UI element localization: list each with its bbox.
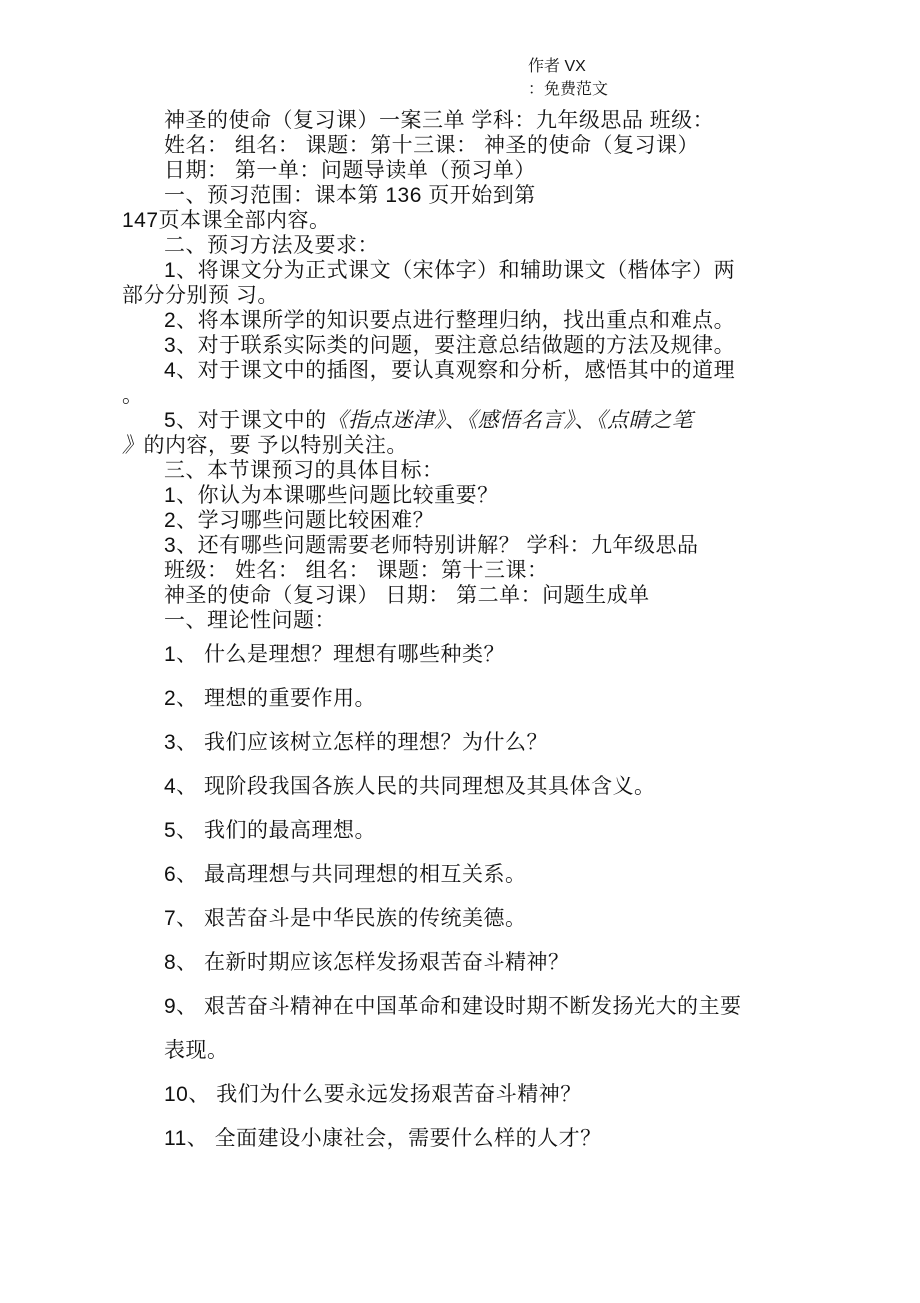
text-line: 2、 理想的重要作用。	[122, 677, 822, 721]
text-segment: 8、 在新时期应该怎样发扬艰苦奋斗精神？	[164, 951, 570, 974]
text-line: 10、 我们为什么要永远发扬艰苦奋斗精神？	[122, 1073, 822, 1117]
text-segment: 班级： 姓名： 组名： 课题：第十三课：	[164, 559, 549, 582]
text-line: 姓名： 组名： 课题：第十三课： 神圣的使命（复习课）	[122, 133, 822, 158]
text-line: 1、你认为本课哪些问题比较重要？	[122, 483, 822, 508]
text-line: 4、 现阶段我国各族人民的共同理想及其具体含义。	[122, 765, 822, 809]
text-segment: 4、 现阶段我国各族人民的共同理想及其具体含义。	[164, 775, 656, 798]
text-line: 147页本课全部内容。	[122, 208, 822, 233]
text-line: 一、理论性问题：	[122, 608, 822, 633]
text-segment: 3、 我们应该树立怎样的理想？为什么？	[164, 731, 548, 754]
text-segment: 9、 艰苦奋斗精神在中国革命和建设时期不断发扬光大的主要	[164, 995, 742, 1018]
text-segment: 11、 全面建设小康社会，需要什么样的人才？	[164, 1127, 602, 1150]
text-line: 4、对于课文中的插图，要认真观察和分析，感悟其中的道理	[122, 358, 822, 383]
text-segment: 二、预习方法及要求：	[164, 234, 379, 257]
text-line: 8、 在新时期应该怎样发扬艰苦奋斗精神？	[122, 941, 822, 985]
text-line: 日期： 第一单：问题导读单（预习单）	[122, 158, 822, 183]
text-segment: 部分分别预 习。	[122, 284, 279, 307]
text-segment: 4、对于课文中的插图，要认真观察和分析，感悟其中的道理	[164, 359, 735, 382]
watermark-source-line: ：免费范文	[528, 78, 920, 101]
question-list-section: 1、 什么是理想？理想有哪些种类？2、 理想的重要作用。3、 我们应该树立怎样的…	[122, 633, 822, 1161]
book-title-segment: 《点睛之笔	[596, 409, 693, 432]
text-segment: 2、将本课所学的知识要点进行整理归纳，找出重点和难点。	[164, 309, 735, 332]
text-segment: 7、 艰苦奋斗是中华民族的传统美德。	[164, 907, 527, 930]
text-segment: 10、 我们为什么要永远发扬艰苦奋斗精神？	[164, 1083, 582, 1106]
text-line: 3、对于联系实际类的问题，要注意总结做题的方法及规律。	[122, 333, 822, 358]
text-line: 1、 什么是理想？理想有哪些种类？	[122, 633, 822, 677]
text-line: 一、预习范围：课本第 136 页开始到第	[122, 183, 822, 208]
text-line: 11、 全面建设小康社会，需要什么样的人才？	[122, 1117, 822, 1161]
book-title-segment: 《感悟名言》	[467, 409, 575, 432]
text-segment: 的内容，要 予以特别关注。	[144, 434, 408, 457]
text-line: 5、对于课文中的《指点迷津》、《感悟名言》、《点睛之笔	[122, 408, 822, 433]
watermark-block: 作者 VX ：免费范文	[0, 55, 920, 101]
text-segment: 1、 什么是理想？理想有哪些种类？	[164, 643, 505, 666]
text-segment: 、	[445, 409, 467, 432]
document-page: 作者 VX ：免费范文 神圣的使命（复习课）一案三单 学科：九年级思品 班级：姓…	[0, 0, 920, 1303]
text-segment: 三、本节课预习的具体目标：	[164, 459, 444, 482]
text-line: 1、将课文分为正式课文（宋体字）和辅助课文（楷体字）两	[122, 258, 822, 283]
text-segment: 2、学习哪些问题比较困难？	[164, 509, 434, 532]
text-line: 神圣的使命（复习课）一案三单 学科：九年级思品 班级：	[122, 108, 822, 133]
text-line: 5、 我们的最高理想。	[122, 809, 822, 853]
text-line: 3、 我们应该树立怎样的理想？为什么？	[122, 721, 822, 765]
text-segment: 6、 最高理想与共同理想的相互关系。	[164, 863, 527, 886]
preview-sheet-section: 神圣的使命（复习课）一案三单 学科：九年级思品 班级：姓名： 组名： 课题：第十…	[122, 108, 822, 633]
book-title-segment: 《指点迷津》	[327, 409, 446, 432]
text-segment: 表现。	[164, 1039, 229, 1062]
text-segment: 日期： 第一单：问题导读单（预习单）	[164, 159, 536, 182]
text-line: 2、将本课所学的知识要点进行整理归纳，找出重点和难点。	[122, 308, 822, 333]
text-segment: 3、还有哪些问题需要老师特别讲解？ 学科：九年级思品	[164, 534, 699, 557]
text-line: 3、还有哪些问题需要老师特别讲解？ 学科：九年级思品	[122, 533, 822, 558]
text-line: 7、 艰苦奋斗是中华民族的传统美德。	[122, 897, 822, 941]
text-line: 神圣的使命（复习课） 日期： 第二单：问题生成单	[122, 583, 822, 608]
text-segment: 147页本课全部内容。	[122, 209, 331, 232]
text-segment: 一、理论性问题：	[164, 609, 336, 632]
text-line: 》的内容，要 予以特别关注。	[122, 433, 822, 458]
text-segment: 1、你认为本课哪些问题比较重要？	[164, 484, 499, 507]
document-body: 神圣的使命（复习课）一案三单 学科：九年级思品 班级：姓名： 组名： 课题：第十…	[122, 108, 822, 1161]
text-line: 部分分别预 习。	[122, 283, 822, 308]
text-segment: 2、 理想的重要作用。	[164, 687, 376, 710]
text-segment: 神圣的使命（复习课）一案三单 学科：九年级思品 班级：	[164, 109, 714, 132]
book-title-segment: 》	[122, 434, 144, 457]
text-segment: 姓名： 组名： 课题：第十三课： 神圣的使命（复习课）	[164, 134, 699, 157]
text-segment: 、	[575, 409, 597, 432]
text-line: 6、 最高理想与共同理想的相互关系。	[122, 853, 822, 897]
text-line: 9、 艰苦奋斗精神在中国革命和建设时期不断发扬光大的主要	[122, 985, 822, 1029]
text-segment: 1、将课文分为正式课文（宋体字）和辅助课文（楷体字）两	[164, 259, 735, 282]
text-line: 。	[122, 383, 822, 408]
text-segment: 神圣的使命（复习课） 日期： 第二单：问题生成单	[164, 584, 650, 607]
text-segment: 5、 我们的最高理想。	[164, 819, 376, 842]
watermark-author-line: 作者 VX	[528, 55, 920, 78]
text-segment: 3、对于联系实际类的问题，要注意总结做题的方法及规律。	[164, 334, 735, 357]
text-line: 班级： 姓名： 组名： 课题：第十三课：	[122, 558, 822, 583]
text-segment: 5、对于课文中的	[164, 409, 327, 432]
text-segment: 。	[122, 384, 144, 407]
text-line: 二、预习方法及要求：	[122, 233, 822, 258]
text-segment: 一、预习范围：课本第 136 页开始到第	[164, 184, 536, 207]
text-line: 2、学习哪些问题比较困难？	[122, 508, 822, 533]
text-line: 表现。	[122, 1029, 822, 1073]
text-line: 三、本节课预习的具体目标：	[122, 458, 822, 483]
